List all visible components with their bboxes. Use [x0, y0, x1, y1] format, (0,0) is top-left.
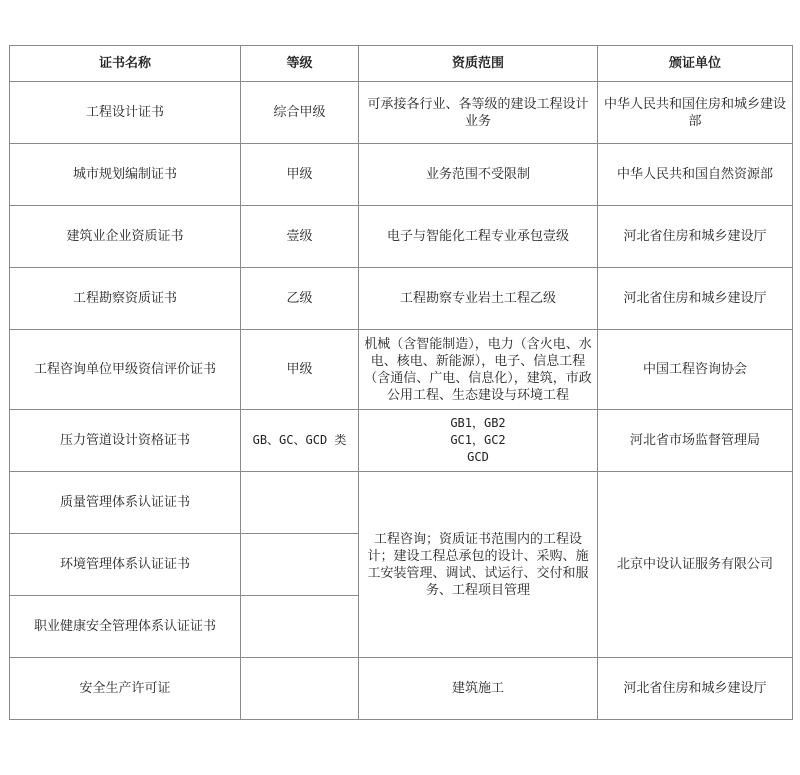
cert-issuer: 中华人民共和国住房和城乡建设部: [598, 82, 793, 144]
cert-grade: 乙级: [241, 268, 359, 330]
certificate-table: 证书名称 等级 资质范围 颁证单位 工程设计证书 综合甲级 可承接各行业、各等级…: [9, 45, 793, 720]
cert-grade: 综合甲级: [241, 82, 359, 144]
cert-grade: 壹级: [241, 206, 359, 268]
scope-line: GC1，GC2: [363, 432, 593, 449]
table-row: 工程勘察资质证书 乙级 工程勘察专业岩土工程乙级 河北省住房和城乡建设厅: [10, 268, 793, 330]
table-row: 安全生产许可证 建筑施工 河北省住房和城乡建设厅: [10, 658, 793, 720]
table-row: 工程咨询单位甲级资信评价证书 甲级 机械（含智能制造），电力（含火电、水电、核电…: [10, 330, 793, 410]
cert-name: 工程咨询单位甲级资信评价证书: [10, 330, 241, 410]
cert-issuer: 河北省住房和城乡建设厅: [598, 206, 793, 268]
header-issuer: 颁证单位: [598, 46, 793, 82]
cert-scope: GB1，GB2 GC1，GC2 GCD: [359, 410, 598, 472]
cert-grade: [241, 534, 359, 596]
cert-name: 城市规划编制证书: [10, 144, 241, 206]
cert-issuer: 河北省住房和城乡建设厅: [598, 658, 793, 720]
header-scope: 资质范围: [359, 46, 598, 82]
cert-name: 工程勘察资质证书: [10, 268, 241, 330]
cert-name: 职业健康安全管理体系认证证书: [10, 596, 241, 658]
cert-name: 建筑业企业资质证书: [10, 206, 241, 268]
cert-name: 环境管理体系认证证书: [10, 534, 241, 596]
cert-name: 工程设计证书: [10, 82, 241, 144]
cert-grade: 甲级: [241, 330, 359, 410]
table-row: 建筑业企业资质证书 壹级 电子与智能化工程专业承包壹级 河北省住房和城乡建设厅: [10, 206, 793, 268]
cert-scope: 业务范围不受限制: [359, 144, 598, 206]
cert-scope: 可承接各行业、各等级的建设工程设计业务: [359, 82, 598, 144]
table-row: 工程设计证书 综合甲级 可承接各行业、各等级的建设工程设计业务 中华人民共和国住…: [10, 82, 793, 144]
cert-issuer: 中华人民共和国自然资源部: [598, 144, 793, 206]
cert-scope: 工程勘察专业岩土工程乙级: [359, 268, 598, 330]
header-cert-name: 证书名称: [10, 46, 241, 82]
scope-line: GB1，GB2: [363, 415, 593, 432]
cert-name: 压力管道设计资格证书: [10, 410, 241, 472]
merged-scope: 工程咨询；资质证书范围内的工程设计；建设工程总承包的设计、采购、施工安装管理、调…: [359, 472, 598, 658]
cert-grade: [241, 658, 359, 720]
cert-scope: 建筑施工: [359, 658, 598, 720]
cert-grade: GB、GC、GCD 类: [241, 410, 359, 472]
table-row: 压力管道设计资格证书 GB、GC、GCD 类 GB1，GB2 GC1，GC2 G…: [10, 410, 793, 472]
scope-line: GCD: [363, 449, 593, 466]
cert-scope: 机械（含智能制造），电力（含火电、水电、核电、新能源），电子、信息工程（含通信、…: [359, 330, 598, 410]
cert-issuer: 中国工程咨询协会: [598, 330, 793, 410]
cert-grade: [241, 472, 359, 534]
table-header-row: 证书名称 等级 资质范围 颁证单位: [10, 46, 793, 82]
cert-issuer: 河北省市场监督管理局: [598, 410, 793, 472]
cert-name: 质量管理体系认证证书: [10, 472, 241, 534]
cert-grade: 甲级: [241, 144, 359, 206]
cert-name: 安全生产许可证: [10, 658, 241, 720]
table-row: 城市规划编制证书 甲级 业务范围不受限制 中华人民共和国自然资源部: [10, 144, 793, 206]
cert-scope: 电子与智能化工程专业承包壹级: [359, 206, 598, 268]
cert-issuer: 河北省住房和城乡建设厅: [598, 268, 793, 330]
header-grade: 等级: [241, 46, 359, 82]
cert-grade: [241, 596, 359, 658]
merged-issuer: 北京中设认证服务有限公司: [598, 472, 793, 658]
table-row: 质量管理体系认证证书 工程咨询；资质证书范围内的工程设计；建设工程总承包的设计、…: [10, 472, 793, 534]
